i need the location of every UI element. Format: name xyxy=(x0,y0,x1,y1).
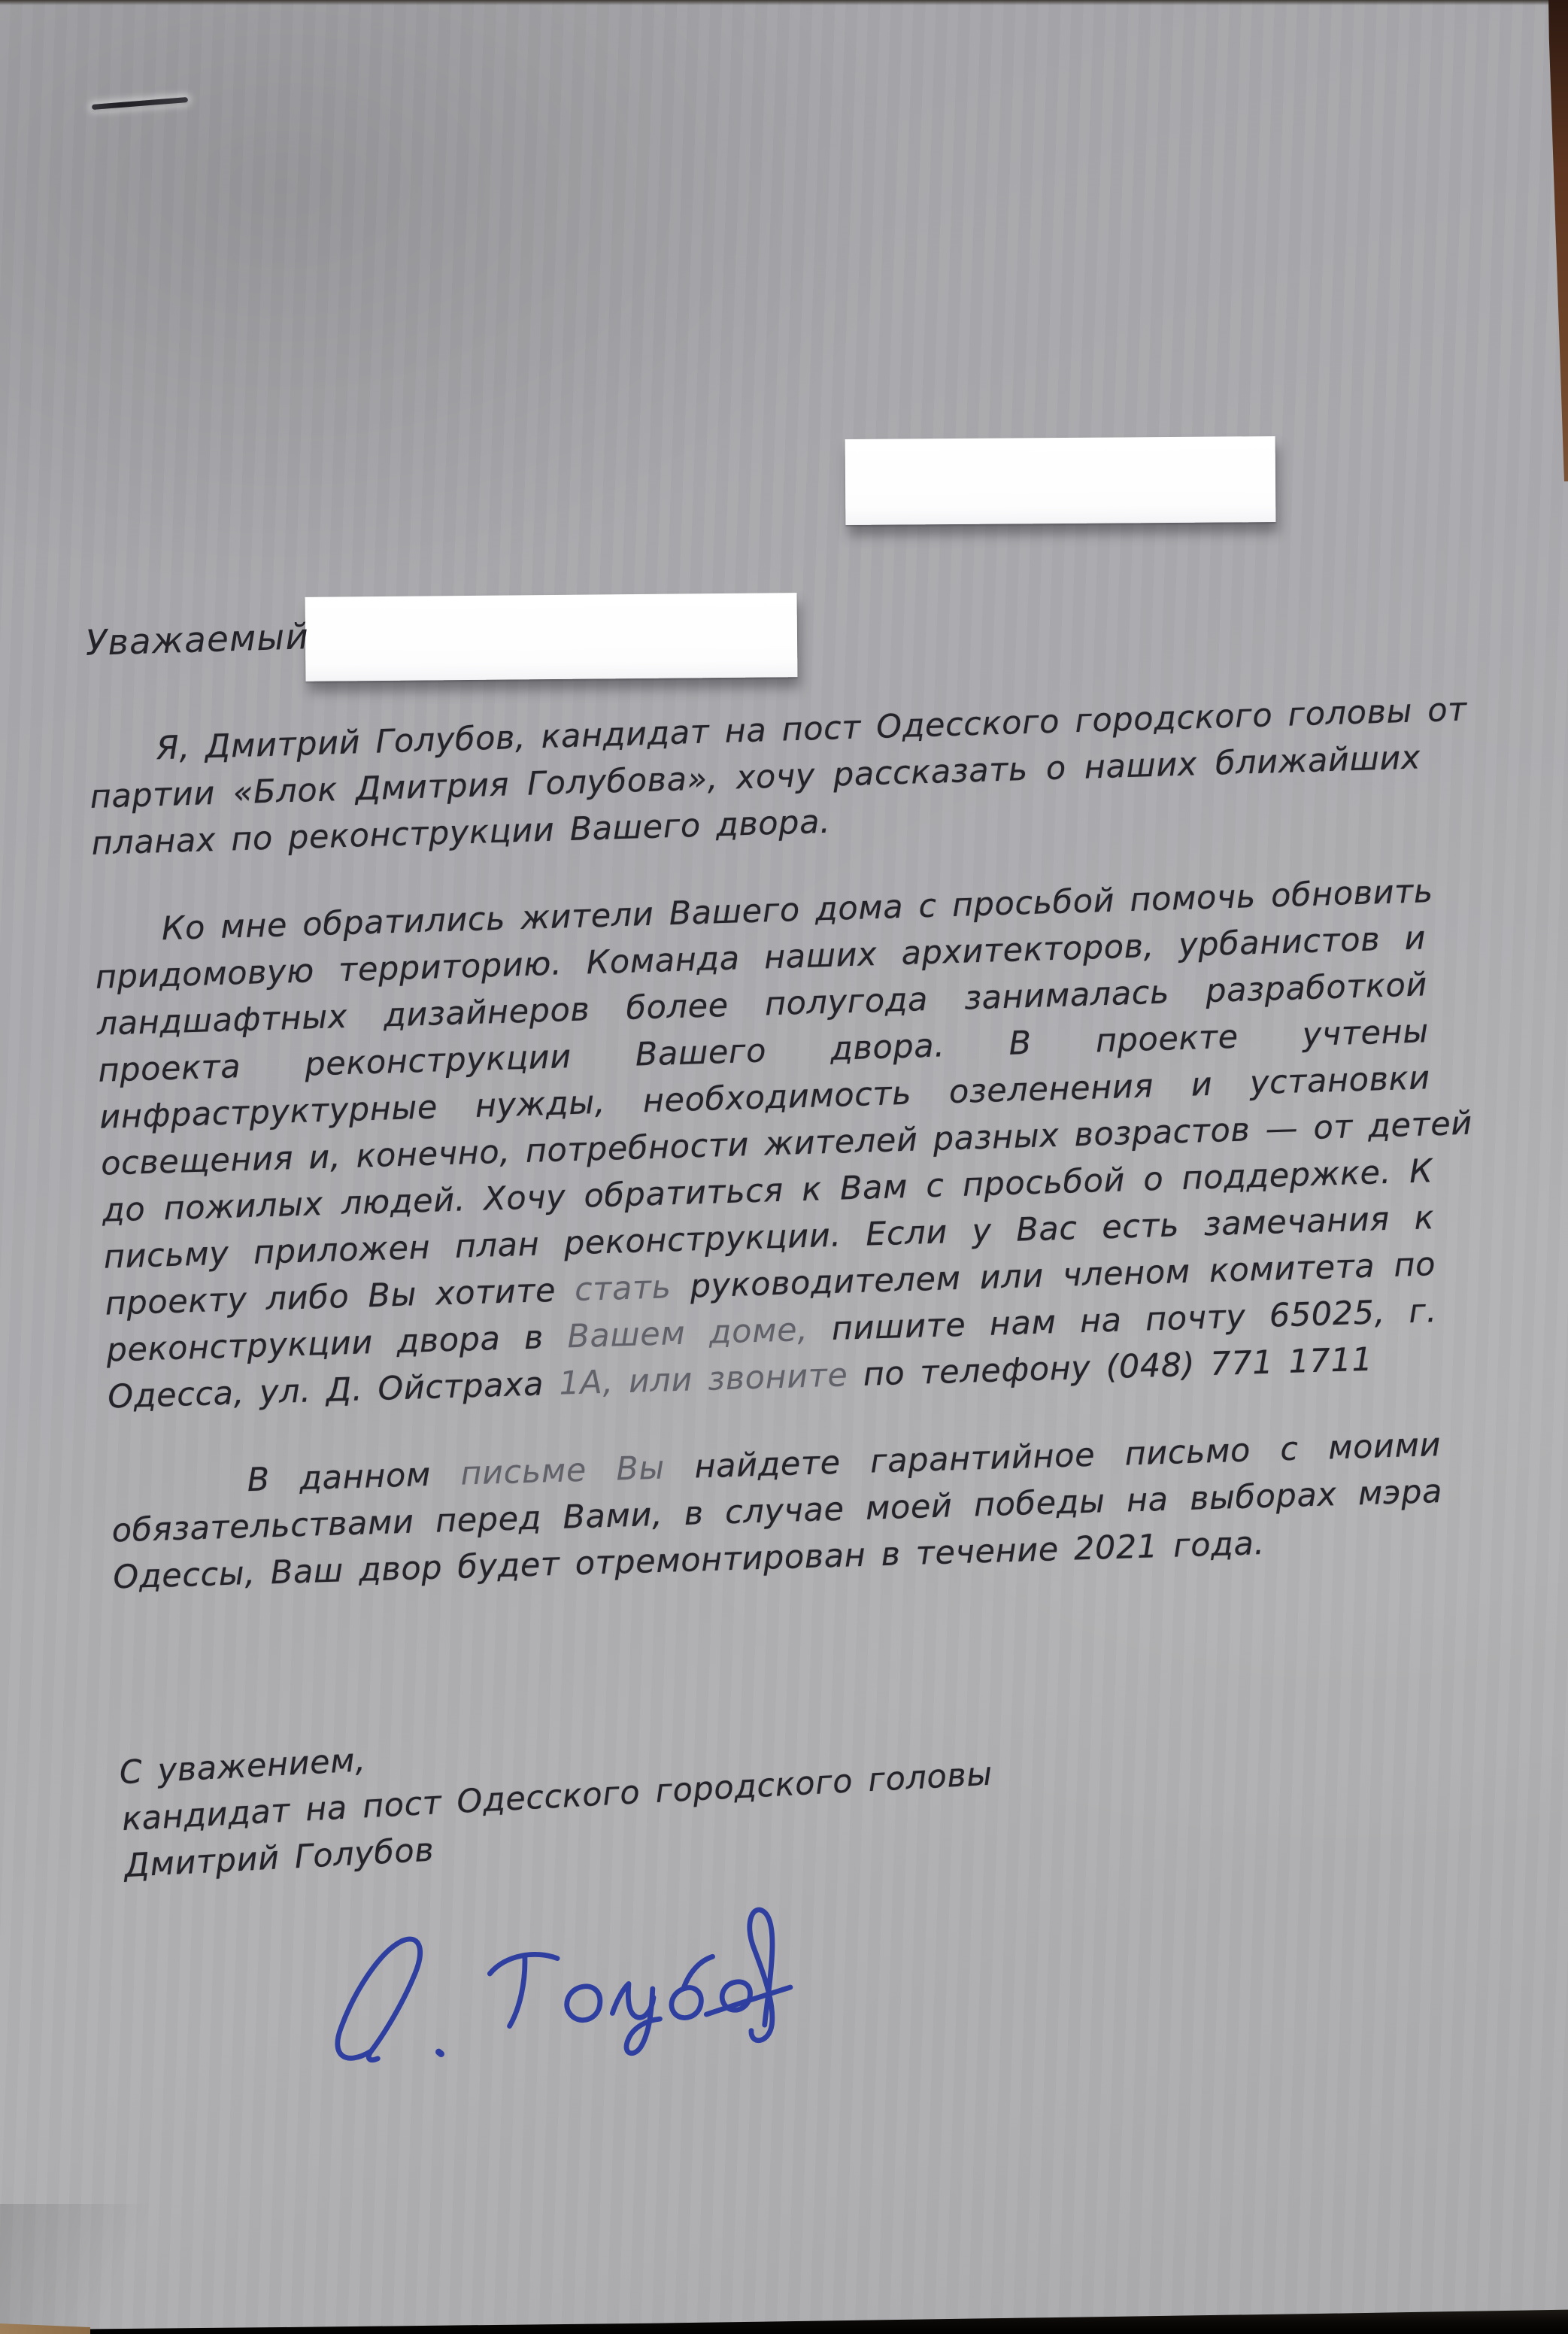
paragraph: В данном письме Вы найдете гарантийное п… xyxy=(110,1422,1445,1601)
text-segment: Одесса, ул. Д. Ойстраха xyxy=(108,1365,560,1416)
faded-text-segment: стать xyxy=(574,1268,672,1309)
faded-text-segment: Вашем доме, xyxy=(567,1311,809,1355)
staple xyxy=(92,97,188,110)
table-edge-top-right xyxy=(1541,0,1568,481)
letter-photo: Уважаемый Я, Дмитрий Голубов, кандидат н… xyxy=(0,0,1568,2334)
paragraph: Я, Дмитрий Голубов, кандидат на пост Оде… xyxy=(88,687,1423,867)
table-edge-top xyxy=(0,0,1568,5)
closing-block: С уважением,кандидат на пост Одесского г… xyxy=(118,1680,1465,2084)
letter-paragraphs: Я, Дмитрий Голубов, кандидат на пост Оде… xyxy=(88,687,1445,1601)
greeting-text: Уважаемый xyxy=(85,583,1417,663)
letter-content: Уважаемый Я, Дмитрий Голубов, кандидат н… xyxy=(84,562,1459,2084)
paragraph: Ко мне обратились жители Вашего дома с п… xyxy=(93,868,1439,1420)
text-segment: по телефону (048) 771 1711 xyxy=(848,1341,1373,1395)
paper-fold-shadow xyxy=(0,2204,196,2334)
faded-text-segment: 1А, или звоните xyxy=(559,1356,849,1402)
faded-text-segment: письме Вы xyxy=(460,1449,666,1493)
table-edge-bottom xyxy=(0,2300,1568,2334)
signature-ink-strokes xyxy=(287,1865,799,2100)
redaction-box-header xyxy=(845,436,1276,525)
text-segment: В данном xyxy=(247,1455,461,1499)
